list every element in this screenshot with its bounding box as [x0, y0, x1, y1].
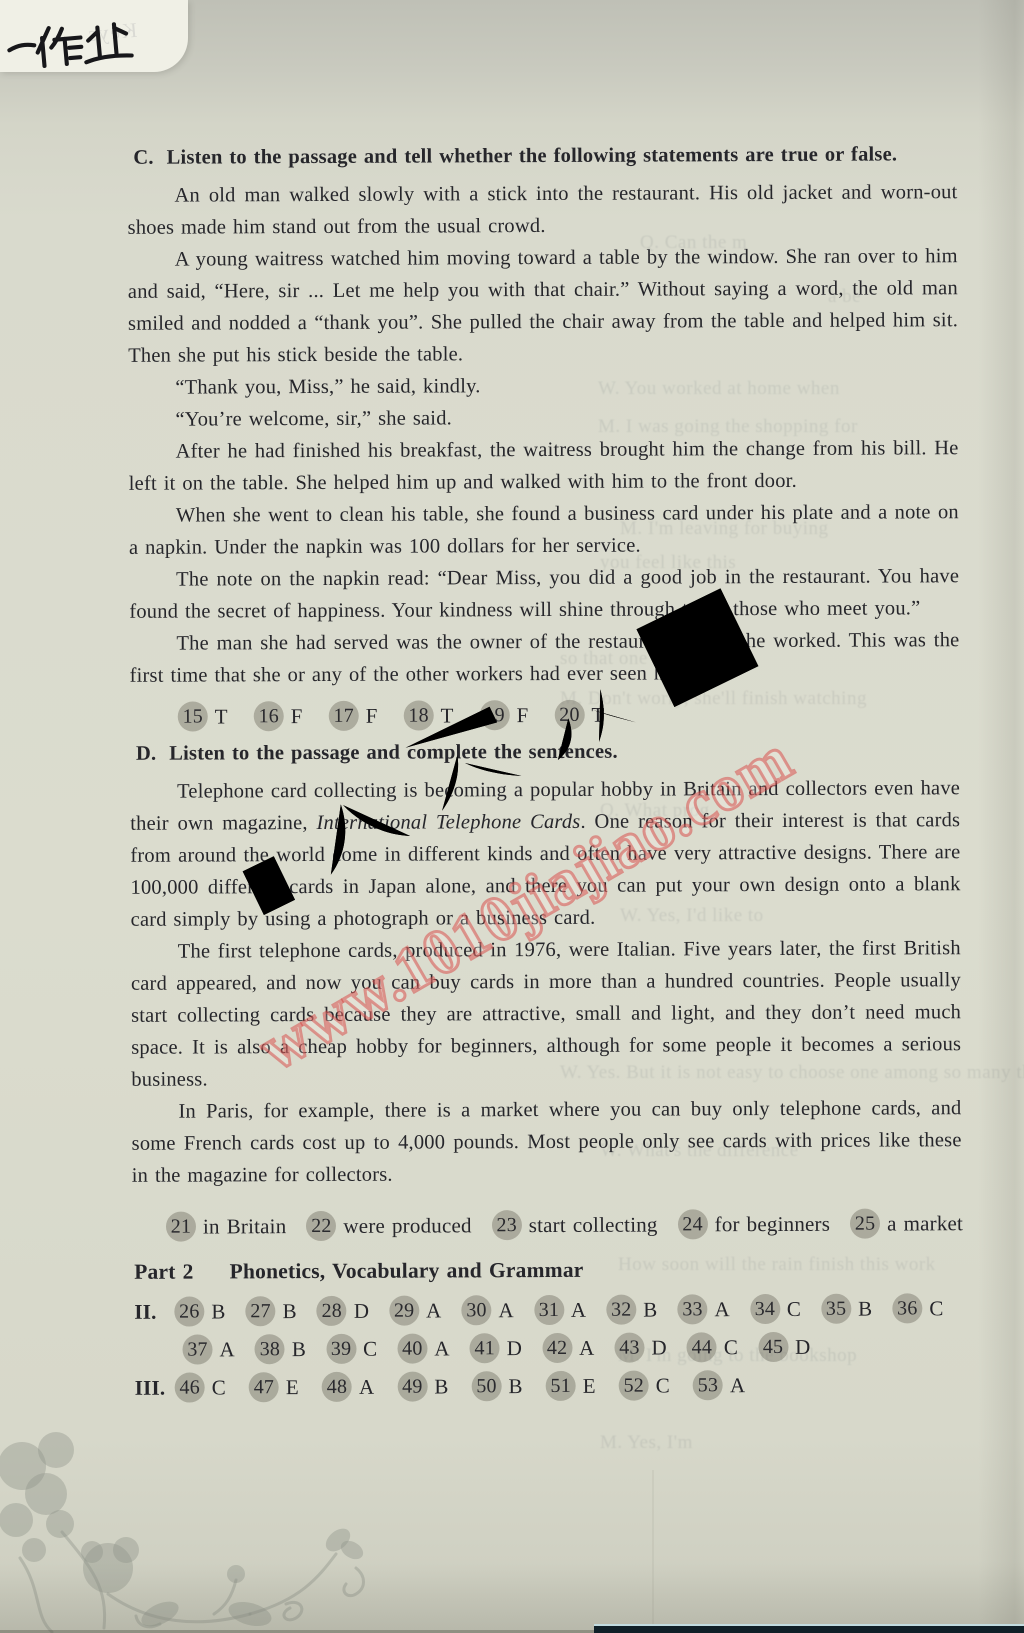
answer-item: 23start collecting — [492, 1209, 658, 1242]
section-c-answers: 15T16F17F18T19F20T — [130, 694, 960, 736]
answer-number-circle: 23 — [492, 1210, 522, 1240]
answer-item: 15T — [178, 700, 228, 732]
answer-number-circle: 19 — [480, 700, 510, 730]
answer-item: 29A — [389, 1294, 442, 1326]
section-ii-answers-row2: 37A38B39C40A41D42A43D44C45D — [182, 1328, 962, 1367]
section-c-heading-text: Listen to the passage and tell whether t… — [167, 143, 898, 168]
passage-paragraph: After he had finished his breakfast, the… — [129, 432, 959, 500]
answer-value: A — [219, 1333, 235, 1365]
answer-value: D — [354, 1295, 370, 1327]
section-d-heading-text: Listen to the passage and complete the s… — [169, 741, 618, 765]
answer-value: C — [724, 1331, 738, 1363]
answer-number-circle: 30 — [461, 1295, 491, 1325]
section-d-label: D. — [136, 743, 156, 765]
answer-number-circle: 28 — [317, 1296, 347, 1326]
part2-title: Phonetics, Vocabulary and Grammar — [230, 1258, 584, 1284]
answer-number-circle: 21 — [166, 1212, 196, 1242]
answer-item: 41D — [470, 1332, 523, 1364]
answer-number-circle: 26 — [174, 1296, 204, 1326]
section-ii-answers-row1: II. 26B27B28D29A30A31A32B33A34C35B36C — [132, 1290, 962, 1330]
answer-item: 40A — [397, 1332, 450, 1364]
section-c-heading: C.Listen to the passage and tell whether… — [127, 140, 957, 172]
answer-item: 22were produced — [306, 1209, 471, 1242]
answer-number-circle: 53 — [693, 1370, 723, 1400]
answer-item: 47E — [249, 1371, 299, 1403]
answer-number-circle: 15 — [178, 701, 208, 731]
answer-number-circle: 46 — [175, 1372, 205, 1402]
answer-key-content: C.Listen to the passage and tell whether… — [127, 140, 962, 1406]
answer-number-circle: 34 — [750, 1294, 780, 1324]
passage-paragraph: “Thank you, Miss,” he said, kindly. — [128, 368, 958, 404]
answer-value: in Britain — [203, 1210, 287, 1242]
answer-number-circle: 24 — [678, 1209, 708, 1239]
answer-item: 33A — [677, 1293, 730, 1325]
answer-item: 42A — [542, 1332, 595, 1364]
answer-value: B — [292, 1333, 306, 1365]
answer-item: 37A — [182, 1333, 235, 1365]
answer-value: B — [858, 1293, 872, 1325]
answer-value: C — [929, 1292, 943, 1324]
answer-number-circle: 32 — [606, 1295, 636, 1325]
answer-value: C — [212, 1371, 226, 1403]
answer-value: A — [426, 1294, 442, 1326]
section-iii-label: III. — [133, 1372, 175, 1404]
page-edge-shadow — [978, 0, 1024, 1633]
answer-value: E — [286, 1371, 299, 1403]
section-d-answers: 21in Britain22were produced23start colle… — [132, 1204, 962, 1246]
answer-number-circle: 48 — [322, 1372, 352, 1402]
answer-item: 26B — [174, 1295, 225, 1327]
section-iii-answers: III. 46C47E48A49B50B51E52C53A — [133, 1366, 963, 1406]
answer-value: a market — [887, 1207, 963, 1239]
section-d-heading: D.Listen to the passage and complete the… — [130, 736, 960, 768]
answer-number-circle: 17 — [329, 701, 359, 731]
answer-number-circle: 47 — [249, 1372, 279, 1402]
answer-value: D — [651, 1331, 667, 1363]
answer-number-circle: 43 — [614, 1333, 644, 1363]
answer-value: B — [282, 1295, 296, 1327]
answer-number-circle: 52 — [619, 1371, 649, 1401]
passage-paragraph: A young waitress watched him moving towa… — [128, 240, 959, 372]
answer-item: 36C — [892, 1292, 943, 1324]
answer-value: A — [434, 1332, 450, 1364]
answer-value: C — [656, 1369, 670, 1401]
answer-item: 43D — [614, 1331, 667, 1363]
section-c-label: C. — [133, 147, 153, 169]
answer-item: 50B — [471, 1370, 522, 1402]
answer-item: 35B — [821, 1293, 872, 1325]
answer-value: C — [787, 1293, 801, 1325]
scan-edge — [594, 1624, 1024, 1633]
answer-value: A — [730, 1369, 746, 1401]
page-bottom-shadow — [0, 1561, 1024, 1633]
corner-label: Keys — [0, 0, 188, 72]
answer-item: 21in Britain — [166, 1210, 287, 1243]
passage-paragraph: In Paris, for example, there is a market… — [131, 1092, 961, 1192]
passage-paragraph: “You’re welcome, sir,” she said. — [128, 400, 958, 436]
answer-item: 38B — [255, 1333, 306, 1365]
answer-item: 31A — [534, 1294, 587, 1326]
magazine-title-italic: International Telephone Cards — [316, 811, 580, 834]
passage-paragraph: The first telephone cards, produced in 1… — [131, 932, 962, 1096]
answer-item: 48A — [322, 1371, 375, 1403]
corner-handwriting — [0, 9, 162, 79]
answer-item: 28D — [317, 1295, 370, 1327]
answer-number-circle: 41 — [470, 1333, 500, 1363]
answer-number-circle: 29 — [389, 1296, 419, 1326]
answer-number-circle: 39 — [326, 1334, 356, 1364]
answer-item: 27B — [245, 1295, 296, 1327]
answer-item: 45D — [758, 1331, 811, 1363]
answer-number-circle: 31 — [534, 1295, 564, 1325]
passage-paragraph: When she went to clean his table, she fo… — [129, 496, 959, 564]
answer-value: A — [571, 1294, 587, 1326]
answer-item: 24for beginners — [678, 1208, 831, 1241]
answer-item: 18T — [403, 699, 453, 731]
answer-value: F — [517, 699, 529, 731]
answer-number-circle: 20 — [554, 700, 584, 730]
answer-item: 19F — [480, 699, 529, 731]
answer-value: B — [643, 1294, 657, 1326]
part2-label: Part 2 — [134, 1260, 194, 1284]
answer-value: B — [508, 1370, 522, 1402]
passage-paragraph: An old man walked slowly with a stick in… — [127, 176, 957, 244]
answer-item: 25a market — [850, 1207, 963, 1239]
answer-item: 46C — [175, 1371, 226, 1403]
answer-number-circle: 45 — [758, 1332, 788, 1362]
answer-item: 32B — [606, 1294, 657, 1326]
answer-value: A — [714, 1293, 730, 1325]
section-c-passage: An old man walked slowly with a stick in… — [127, 176, 959, 692]
answer-value: D — [795, 1331, 811, 1363]
passage-paragraph: Telephone card collecting is becoming a … — [130, 772, 961, 936]
answer-item: 51E — [546, 1370, 596, 1402]
answer-value: A — [359, 1371, 375, 1403]
answer-value: E — [583, 1370, 596, 1402]
answer-value: T — [440, 699, 453, 731]
answer-value: D — [507, 1332, 523, 1364]
answer-number-circle: 40 — [397, 1334, 427, 1364]
answer-item: 49B — [397, 1370, 448, 1402]
answer-item: 44C — [687, 1331, 738, 1363]
answer-number-circle: 37 — [182, 1334, 212, 1364]
scanned-answer-key-page: Q. Can the ma beW. You worked at home wh… — [0, 0, 1024, 1633]
answer-value: B — [211, 1295, 225, 1327]
answer-value: for beginners — [715, 1208, 831, 1241]
answer-number-circle: 49 — [397, 1372, 427, 1402]
answer-number-circle: 33 — [677, 1294, 707, 1324]
bleedthrough-text: M. Yes, I'm — [600, 1432, 693, 1454]
passage-paragraph: The man she had served was the owner of … — [129, 624, 959, 692]
answer-item: 17F — [329, 700, 378, 732]
answer-item: 20T — [554, 699, 604, 731]
section-ii-label: II. — [132, 1296, 174, 1328]
answer-number-circle: 51 — [546, 1371, 576, 1401]
section-d-passage: Telephone card collecting is becoming a … — [130, 772, 962, 1192]
answer-number-circle: 38 — [255, 1334, 285, 1364]
answer-item: 52C — [619, 1369, 670, 1401]
answer-item: 16F — [254, 700, 303, 732]
answer-number-circle: 16 — [254, 701, 284, 731]
answer-number-circle: 35 — [821, 1294, 851, 1324]
answer-value: F — [291, 700, 303, 732]
page-crease — [652, 1470, 654, 1633]
answer-value: T — [591, 699, 604, 731]
answer-number-circle: 36 — [892, 1293, 922, 1323]
answer-value: C — [363, 1333, 377, 1365]
answer-value: A — [579, 1332, 595, 1364]
answer-item: 34C — [750, 1293, 801, 1325]
answer-item: 53A — [693, 1369, 746, 1401]
answer-value: T — [215, 700, 228, 732]
answer-number-circle: 50 — [471, 1371, 501, 1401]
answer-number-circle: 42 — [542, 1333, 572, 1363]
answer-value: B — [434, 1370, 448, 1402]
answer-number-circle: 25 — [850, 1209, 880, 1239]
answer-value: start collecting — [529, 1209, 658, 1242]
answer-item: 39C — [326, 1333, 377, 1365]
answer-number-circle: 18 — [403, 700, 433, 730]
answer-number-circle: 22 — [306, 1211, 336, 1241]
answer-value: A — [498, 1294, 514, 1326]
part2-heading: Part 2Phonetics, Vocabulary and Grammar — [132, 1252, 962, 1288]
answer-item: 30A — [461, 1294, 514, 1326]
answer-number-circle: 44 — [687, 1332, 717, 1362]
passage-paragraph: The note on the napkin read: “Dear Miss,… — [129, 560, 959, 628]
answer-value: F — [366, 700, 378, 732]
answer-value: were produced — [343, 1209, 471, 1242]
answer-number-circle: 27 — [245, 1296, 275, 1326]
